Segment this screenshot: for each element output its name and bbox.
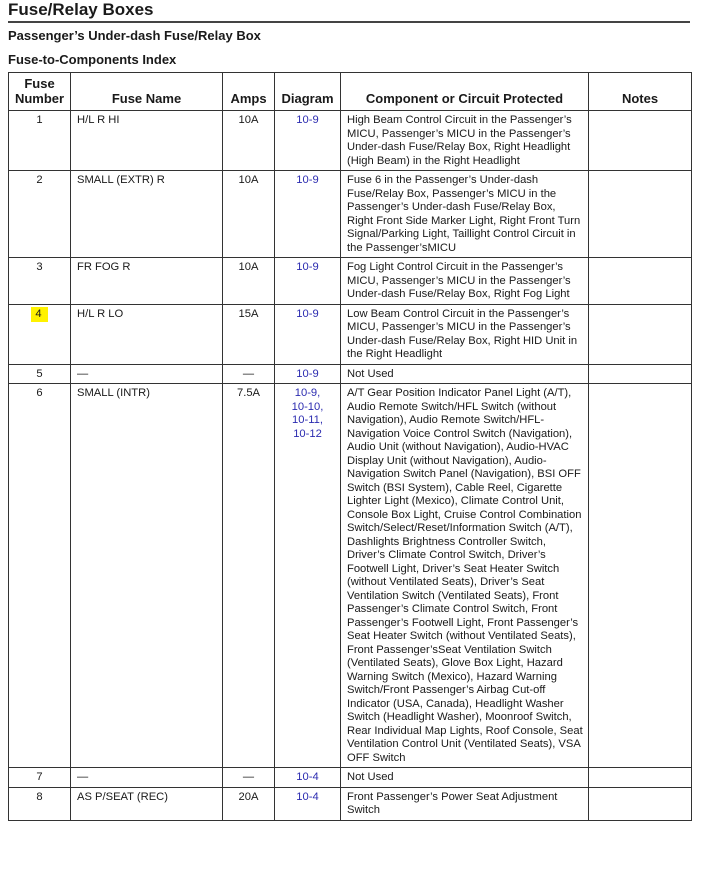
amps-cell: 10A [223, 111, 275, 171]
table-row: 1H/L R HI10A10-9High Beam Control Circui… [9, 111, 692, 171]
diagram-link[interactable]: 10-9 [275, 258, 341, 305]
diagram-link[interactable]: 10-9,10-10,10-11,10-12 [275, 384, 341, 768]
component-cell: High Beam Control Circuit in the Passeng… [341, 111, 589, 171]
amps-cell: — [223, 364, 275, 384]
highlighted-fuse-number: 4 [31, 307, 47, 322]
fuse-number-cell: 7 [9, 768, 71, 788]
table-row: 7——10-4Not Used [9, 768, 692, 788]
amps-cell: 10A [223, 171, 275, 258]
component-cell: Front Passenger’s Power Seat Adjustment … [341, 787, 589, 820]
diagram-ref[interactable]: 10-10, [281, 401, 334, 415]
header-fuse-number: Fuse Number [9, 73, 71, 111]
title-divider [8, 21, 690, 23]
table-row: 2SMALL (EXTR) R10A10-9Fuse 6 in the Pass… [9, 171, 692, 258]
table-row: 3FR FOG R10A10-9Fog Light Control Circui… [9, 258, 692, 305]
fuse-number-cell: 3 [9, 258, 71, 305]
fuse-index-table: Fuse Number Fuse Name Amps Diagram Compo… [8, 72, 692, 821]
component-cell: Not Used [341, 364, 589, 384]
index-heading: Fuse-to-Components Index [8, 52, 176, 67]
notes-cell [589, 384, 692, 768]
fuse-name-cell: SMALL (INTR) [71, 384, 223, 768]
component-cell: Not Used [341, 768, 589, 788]
fuse-number-cell: 8 [9, 787, 71, 820]
fuse-name-cell: H/L R LO [71, 304, 223, 364]
diagram-link[interactable]: 10-9 [275, 364, 341, 384]
table-row: 5——10-9Not Used [9, 364, 692, 384]
fuse-name-cell: FR FOG R [71, 258, 223, 305]
amps-cell: 15A [223, 304, 275, 364]
diagram-ref[interactable]: 10-11, [281, 414, 334, 428]
component-cell: Fog Light Control Circuit in the Passeng… [341, 258, 589, 305]
notes-cell [589, 304, 692, 364]
notes-cell [589, 364, 692, 384]
amps-cell: 7.5A [223, 384, 275, 768]
fuse-name-cell: — [71, 364, 223, 384]
fuse-number-cell: 5 [9, 364, 71, 384]
table-row: 8AS P/SEAT (REC)20A10-4Front Passenger’s… [9, 787, 692, 820]
fuse-number-cell: 1 [9, 111, 71, 171]
notes-cell [589, 171, 692, 258]
header-amps: Amps [223, 73, 275, 111]
component-cell: Fuse 6 in the Passenger’s Under-dash Fus… [341, 171, 589, 258]
diagram-link[interactable]: 10-4 [275, 768, 341, 788]
table-header-row: Fuse Number Fuse Name Amps Diagram Compo… [9, 73, 692, 111]
fuse-number-cell: 2 [9, 171, 71, 258]
section-subtitle: Passenger’s Under-dash Fuse/Relay Box [8, 28, 261, 43]
diagram-link[interactable]: 10-4 [275, 787, 341, 820]
notes-cell [589, 111, 692, 171]
amps-cell: 20A [223, 787, 275, 820]
fuse-name-cell: AS P/SEAT (REC) [71, 787, 223, 820]
header-diagram: Diagram [275, 73, 341, 111]
table-row: 6SMALL (INTR)7.5A10-9,10-10,10-11,10-12A… [9, 384, 692, 768]
diagram-ref[interactable]: 10-12 [281, 428, 334, 442]
page-title: Fuse/Relay Boxes [8, 0, 154, 20]
diagram-ref[interactable]: 10-9, [281, 387, 334, 401]
diagram-link[interactable]: 10-9 [275, 111, 341, 171]
diagram-link[interactable]: 10-9 [275, 171, 341, 258]
header-component: Component or Circuit Protected [341, 73, 589, 111]
diagram-link[interactable]: 10-9 [275, 304, 341, 364]
fuse-name-cell: SMALL (EXTR) R [71, 171, 223, 258]
fuse-name-cell: H/L R HI [71, 111, 223, 171]
notes-cell [589, 258, 692, 305]
header-fuse-name: Fuse Name [71, 73, 223, 111]
notes-cell [589, 787, 692, 820]
notes-cell [589, 768, 692, 788]
component-cell: A/T Gear Position Indicator Panel Light … [341, 384, 589, 768]
fuse-name-cell: — [71, 768, 223, 788]
fuse-number-cell: 6 [9, 384, 71, 768]
amps-cell: — [223, 768, 275, 788]
header-notes: Notes [589, 73, 692, 111]
table-row: 4H/L R LO15A10-9Low Beam Control Circuit… [9, 304, 692, 364]
fuse-number-cell: 4 [9, 304, 71, 364]
component-cell: Low Beam Control Circuit in the Passenge… [341, 304, 589, 364]
amps-cell: 10A [223, 258, 275, 305]
